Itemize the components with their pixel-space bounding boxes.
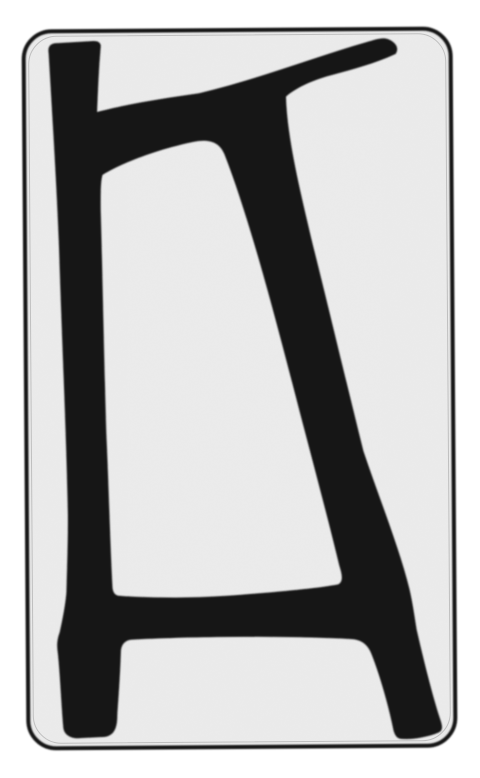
trademark-figure [0,0,480,778]
page [0,0,480,778]
logo-card [23,29,455,749]
logo-image [0,0,480,778]
